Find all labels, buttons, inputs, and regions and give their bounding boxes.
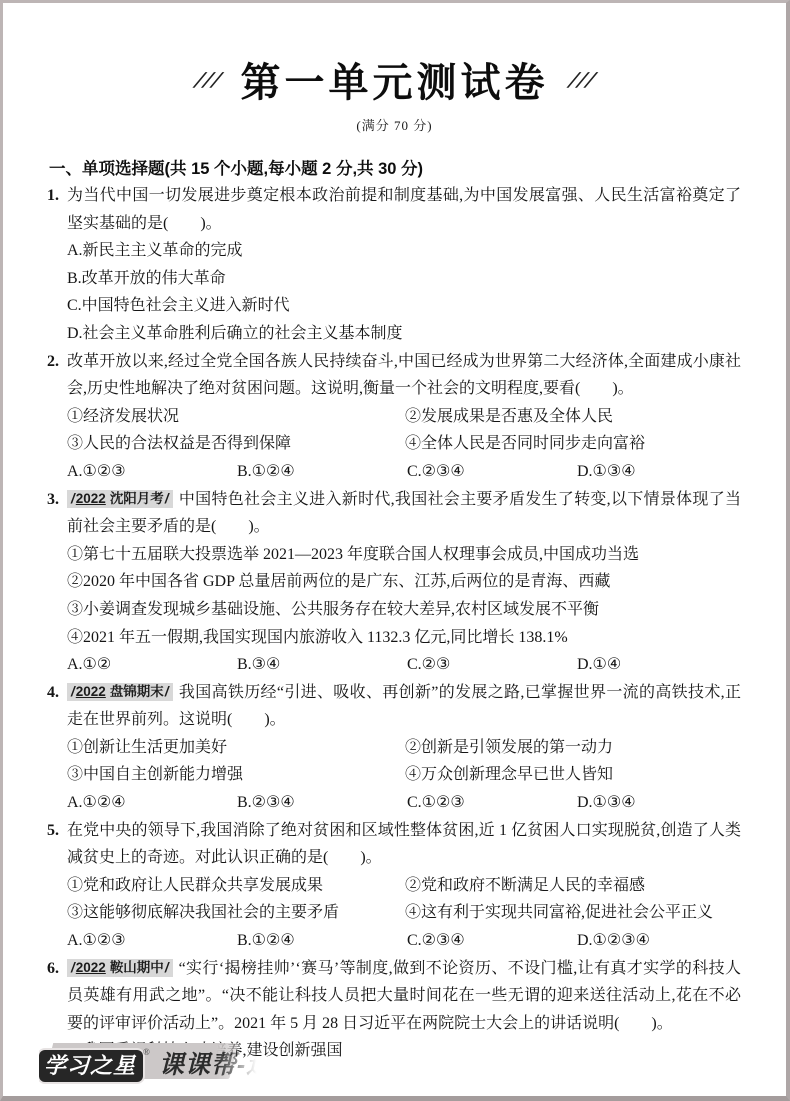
- answer-choices-row: A.①②④ B.②③④ C.①②③ D.①③④: [67, 789, 741, 817]
- sub-option-3: ③这能够彻底解决我国社会的主要矛盾: [67, 899, 405, 927]
- question-5: 5. 在党中央的领导下,我国消除了绝对贫困和区域性整体贫困,近 1 亿贫困人口实…: [49, 817, 741, 955]
- sub-option-4: ④2021 年五一假期,我国实现国内旅游收入 1132.3 亿元,同比增长 13…: [67, 624, 741, 652]
- sub-option-2: ②发展成果是否惠及全体人民: [405, 403, 741, 431]
- tag-year: 2022: [76, 960, 106, 975]
- exam-source-tag: /2022鞍山期中/: [67, 959, 173, 977]
- tag-name: 鞍山期中: [110, 960, 164, 975]
- question-number: 3.: [47, 486, 59, 514]
- sub-option-4: ④全体人民是否同时同步走向富裕: [405, 430, 741, 458]
- sub-option-3: ③人民的合法权益是否得到保障: [67, 430, 405, 458]
- sub-option-4: ④万众创新理念早已世人皆知: [405, 761, 741, 789]
- exam-source-tag: /2022沈阳月考/: [67, 490, 173, 508]
- brand-footer: 学习之星® 课课帮-道德与法治: [39, 1043, 261, 1089]
- answer-b: B.①②④: [237, 458, 407, 486]
- question-number: 2.: [47, 348, 59, 376]
- answer-choices-row: A.①② B.③④ C.②③ D.①④: [67, 651, 741, 679]
- sub-option-2: ②党和政府不断满足人民的幸福感: [405, 872, 741, 900]
- question-2: 2. 改革开放以来,经过全党全国各族人民持续奋斗,中国已经成为世界第二大经济体,…: [49, 348, 741, 486]
- registered-mark-icon: ®: [143, 1047, 150, 1057]
- sub-options-row-2: ③中国自主创新能力增强 ④万众创新理念早已世人皆知: [67, 761, 741, 789]
- tag-slash: /: [164, 960, 170, 975]
- question-number: 6.: [47, 955, 59, 983]
- question-stem: /2022沈阳月考/中国特色社会主义进入新时代,我国社会主要矛盾发生了转变,以下…: [67, 486, 741, 541]
- total-score-subtitle: (满分 70 分): [3, 115, 786, 134]
- question-stem: /2022鞍山期中/“实行‘揭榜挂帅’‘赛马’等制度,做到不论资历、不设门槛,让…: [67, 955, 741, 1038]
- answer-d: D.①③④: [577, 789, 636, 817]
- question-number: 1.: [47, 182, 59, 210]
- sub-option-1: ①党和政府让人民群众共享发展成果: [67, 872, 405, 900]
- sub-option-2: ②2020 年中国各省 GDP 总量居前两位的是广东、江苏,后两位的是青海、西藏: [67, 568, 741, 596]
- tag-year: 2022: [76, 684, 106, 699]
- answer-b: B.①②④: [237, 927, 407, 955]
- sub-options-row-1: ①党和政府让人民群众共享发展成果 ②党和政府不断满足人民的幸福感: [67, 872, 741, 900]
- answer-b: B.③④: [237, 651, 407, 679]
- exam-source-tag: /2022盘锦期末/: [67, 683, 173, 701]
- tag-year: 2022: [76, 491, 106, 506]
- tag-slash: /: [164, 684, 170, 699]
- answer-choices-row: A.①②③ B.①②④ C.②③④ D.①③④: [67, 458, 741, 486]
- question-number: 5.: [47, 817, 59, 845]
- answer-c: C.①②③: [407, 789, 577, 817]
- answer-b: B.②③④: [237, 789, 407, 817]
- option-a: A.新民主主义革命的完成: [67, 237, 741, 265]
- page-title: 第一单元测试卷: [241, 51, 549, 108]
- slash-marks-right-icon: ///: [565, 69, 597, 91]
- answer-choices-row: A.①②③ B.①②④ C.②③④ D.①②③④: [67, 927, 741, 955]
- answer-d: D.①③④: [577, 458, 636, 486]
- answer-c: C.②③④: [407, 927, 577, 955]
- question-stem: 在党中央的领导下,我国消除了绝对贫困和区域性整体贫困,近 1 亿贫困人口实现脱贫…: [67, 817, 741, 872]
- sub-option-1: ①经济发展状况: [67, 403, 405, 431]
- sub-option-3: ③中国自主创新能力增强: [67, 761, 405, 789]
- question-4: 4. /2022盘锦期末/我国高铁历经“引进、吸收、再创新”的发展之路,已掌握世…: [49, 679, 741, 817]
- slash-marks-left-icon: ///: [192, 69, 224, 91]
- question-3: 3. /2022沈阳月考/中国特色社会主义进入新时代,我国社会主要矛盾发生了转变…: [49, 486, 741, 679]
- section-header: 一、单项选择题(共 15 个小题,每小题 2 分,共 30 分): [49, 155, 741, 179]
- sub-option-3: ③小姜调查发现城乡基础设施、公共服务存在较大差异,农村区域发展不平衡: [67, 596, 741, 624]
- sub-options-row-1: ①经济发展状况 ②发展成果是否惠及全体人民: [67, 403, 741, 431]
- question-1: 1. 为当代中国一切发展进步奠定根本政治前提和制度基础,为中国发展富强、人民生活…: [49, 182, 741, 348]
- answer-d: D.①②③④: [577, 927, 650, 955]
- answer-c: C.②③④: [407, 458, 577, 486]
- sub-option-4: ④这有利于实现共同富裕,促进社会公平正义: [405, 899, 741, 927]
- answer-a: A.①②④: [67, 789, 237, 817]
- sub-option-1: ①第七十五届联大投票选举 2021—2023 年度联合国人权理事会成员,中国成功…: [67, 541, 741, 569]
- tag-name: 沈阳月考: [110, 491, 164, 506]
- question-stem: 为当代中国一切发展进步奠定根本政治前提和制度基础,为中国发展富强、人民生活富裕奠…: [67, 182, 741, 237]
- answer-a: A.①②③: [67, 927, 237, 955]
- title-row: /// 第一单元测试卷 ///: [3, 51, 786, 108]
- answer-a: A.①②: [67, 651, 237, 679]
- option-b: B.改革开放的伟大革命: [67, 265, 741, 293]
- question-stem: 改革开放以来,经过全党全国各族人民持续奋斗,中国已经成为世界第二大经济体,全面建…: [67, 348, 741, 403]
- sub-options-row-2: ③这能够彻底解决我国社会的主要矛盾 ④这有利于实现共同富裕,促进社会公平正义: [67, 899, 741, 927]
- answer-c: C.②③: [407, 651, 577, 679]
- sub-options-row-1: ①创新让生活更加美好 ②创新是引领发展的第一动力: [67, 734, 741, 762]
- answer-a: A.①②③: [67, 458, 237, 486]
- sub-option-2: ②创新是引领发展的第一动力: [405, 734, 741, 762]
- sub-options-row-2: ③人民的合法权益是否得到保障 ④全体人民是否同时同步走向富裕: [67, 430, 741, 458]
- question-number: 4.: [47, 679, 59, 707]
- sub-option-1: ①创新让生活更加美好: [67, 734, 405, 762]
- test-paper-page: /// 第一单元测试卷 /// (满分 70 分) 一、单项选择题(共 15 个…: [0, 0, 790, 1101]
- tag-name: 盘锦期末: [110, 684, 164, 699]
- answer-d: D.①④: [577, 651, 621, 679]
- option-c: C.中国特色社会主义进入新时代: [67, 292, 741, 320]
- brand-badge: 学习之星: [39, 1050, 143, 1082]
- tag-slash: /: [164, 491, 170, 506]
- option-d: D.社会主义革命胜利后确立的社会主义基本制度: [67, 320, 741, 348]
- question-list: 1. 为当代中国一切发展进步奠定根本政治前提和制度基础,为中国发展富强、人民生活…: [49, 182, 741, 1065]
- question-stem: /2022盘锦期末/我国高铁历经“引进、吸收、再创新”的发展之路,已掌握世界一流…: [67, 679, 741, 734]
